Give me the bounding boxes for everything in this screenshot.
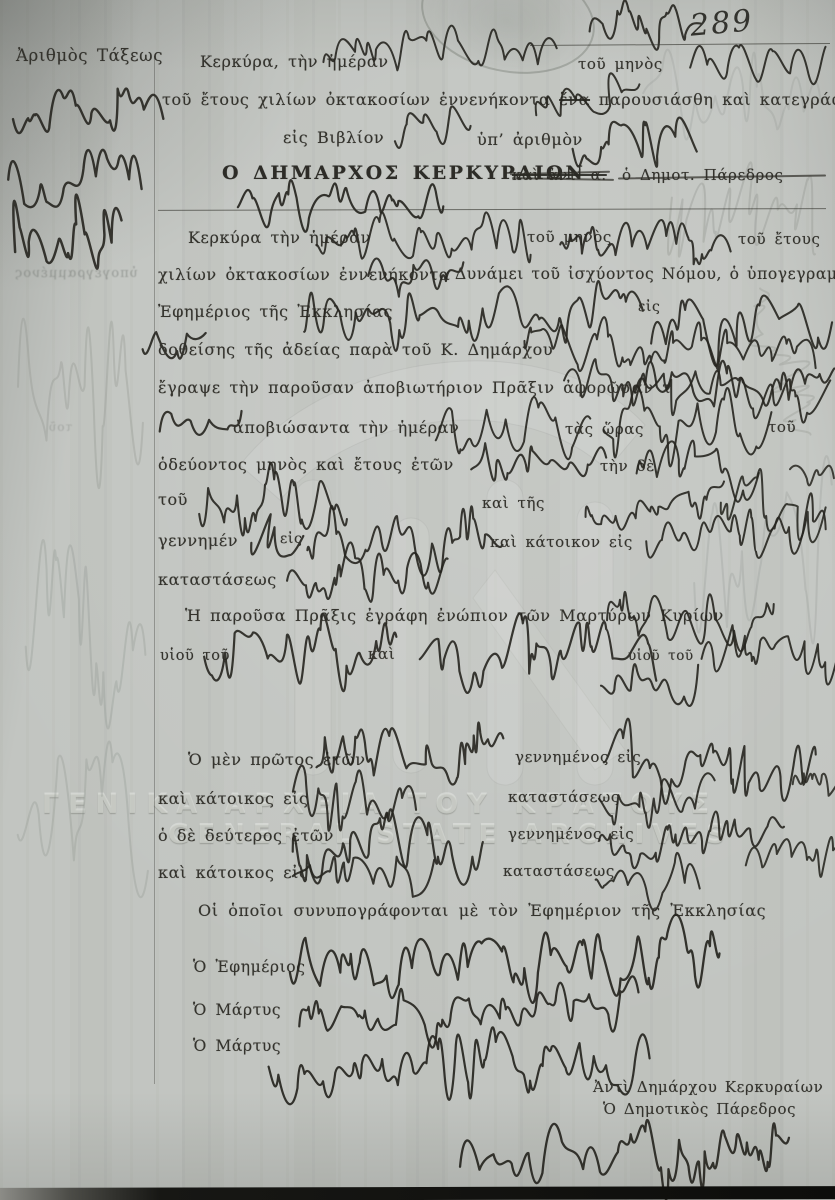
- archive-emblem-watermark: [225, 330, 655, 800]
- act-line9-resident: καὶ κάτοικον εἰς: [490, 533, 633, 551]
- handwritten-word: [152, 400, 234, 446]
- bleed-through-text: τοῦ: [48, 420, 72, 434]
- handwritten-father-name: [697, 614, 834, 691]
- act-line3-church-label: Ἐφημέριος τῆς Ἐκκλησίας: [158, 302, 393, 321]
- act-line10-status: καταστάσεως: [158, 570, 277, 589]
- bleed-through-scribble: [20, 520, 150, 710]
- reg-line1-prefix: Κερκύρα, τὴν ἡμέραν: [200, 52, 389, 71]
- reg-number-label: ὑπ’ ἀριθμὸν: [477, 130, 583, 149]
- witness2-born: γεννημένος εἰς: [508, 825, 634, 843]
- act-line1-year-label: τοῦ ἔτους: [738, 230, 821, 248]
- witness2-signature-label: Ὁ Μάρτυς: [193, 1037, 281, 1055]
- handwritten-residence: [638, 501, 830, 583]
- closing-title-line1: Ἀντὶ Δημάρχου Κερκυραίων: [593, 1078, 823, 1096]
- witness1-resident: καὶ κάτοικος εἰς: [158, 789, 309, 808]
- witness2-status: καταστάσεως: [503, 862, 615, 880]
- handwritten-word: [788, 766, 835, 808]
- act-line2-year: χιλίων ὀκτακοσίων ἐννενήκοντα: [158, 265, 450, 284]
- act-line6-died-day: ἀποβιώσαντα τὴν ἡμέραν: [233, 418, 459, 437]
- reg-year-text: τοῦ ἔτους χιλίων ὀκτακοσίων ἐννενήκοντα: [162, 90, 550, 109]
- act-line3-eis: εἰς: [638, 299, 660, 315]
- act-line8-kai-tis: καὶ τῆς: [482, 494, 545, 512]
- priest-signature-label: Ὁ Ἐφημέριος: [193, 958, 306, 976]
- reg-struck-one: ἕνα: [559, 90, 590, 109]
- deputy-signature: [454, 1116, 784, 1191]
- bleed-through-text: ὑπογεγραμμένος: [14, 266, 138, 281]
- act-line9-eis: εἰς: [280, 531, 302, 547]
- witness1-born: γεννημένος εἰς: [515, 748, 641, 766]
- header-divider-rule: [158, 208, 826, 211]
- act-line9-born: γεννημέν: [158, 531, 238, 550]
- reg-book-label: εἰς Βιβλίον: [283, 128, 384, 147]
- witness1-signature-label: Ὁ Μάρτυς: [193, 1001, 281, 1019]
- witness-intro: Ἡ παροῦσα Πρᾶξις ἐγράφη ἐνώπιον τῶν Μαρτ…: [185, 606, 724, 625]
- act-line5-wrote: ἔγραψε τὴν παροῦσαν ἀποβιωτήριον Πρᾶξιν …: [158, 378, 672, 397]
- act-line7-age: ὁδεύοντος μηνὸς καὶ ἔτους ἐτῶν: [158, 455, 454, 474]
- witness2-son-of: υἱοῦ τοῦ: [628, 648, 694, 664]
- witness2-resident: καὶ κάτοικος εἰς: [158, 863, 309, 882]
- cosign-statement: Οἱ ὁποῖοι συνυπογράφονται μὲ τὸν Ἐφημέρι…: [198, 901, 766, 920]
- handwritten-book: [387, 102, 478, 161]
- act-line8-tou: τοῦ: [158, 490, 188, 509]
- act-line2-law: Δυνάμει τοῦ ἰσχύοντος Νόμου, ὁ ὑπογεγραμ…: [455, 265, 835, 283]
- act-line6-hours-label: τὰς ὥρας: [565, 420, 644, 438]
- handwritten-residence: [290, 845, 423, 905]
- order-number-header: Ἀριθμὸς Τάξεως: [16, 46, 163, 65]
- bleed-through-scribble: [657, 139, 832, 280]
- witness1-son-of: υἱοῦ τοῦ: [160, 648, 230, 664]
- witness-and: καὶ: [368, 645, 395, 663]
- handwritten-word: [788, 446, 835, 488]
- reg-line1-month-label: τοῦ μηνὸς: [578, 55, 663, 73]
- act-line7-tin-de: τὴν δὲ: [600, 457, 655, 475]
- scan-edge-strip: [0, 1186, 835, 1200]
- witness1-signature: [294, 982, 631, 1050]
- bleed-through-scribble: [690, 460, 830, 660]
- mayor-signature: [231, 176, 442, 229]
- act-line1-month-label: τοῦ μηνὸς: [527, 228, 612, 246]
- reg-recorded-text: παρουσιάσθη καὶ κατεγράφη: [599, 90, 835, 109]
- closing-title-line2: Ὁ Δημοτικὸς Πάρεδρος: [603, 1100, 796, 1118]
- scanned-death-record-page: ΓΕΝΙΚΑ ΑΡΧΕΙΑ ΤΟΥ ΚΡΑΤΟΥΣ GENERAL STATE …: [0, 0, 835, 1200]
- witness1-age: Ὁ μὲν πρῶτος ἐτῶν: [188, 750, 366, 769]
- reg-line2: τοῦ ἔτους χιλίων ὀκτακοσίων ἐννενήκοντα …: [162, 90, 835, 109]
- mayor-title-struck: καὶ ἀντ’ α.: [512, 166, 607, 184]
- margin-handwritten-entry: [3, 146, 146, 215]
- bleed-through-scribble: [15, 320, 145, 470]
- page-number: 289: [689, 3, 755, 43]
- witness1-status: καταστάσεως: [508, 788, 620, 806]
- margin-handwritten-entry: [6, 77, 155, 145]
- act-line1-place: Κερκύρα τὴν ἡμέραν: [188, 228, 371, 247]
- act-line6-tou: τοῦ: [768, 418, 796, 436]
- handwritten-word: [713, 460, 831, 535]
- handwritten-word: [741, 835, 835, 888]
- witness2-age: ὁ δὲ δεύτερος ἐτῶν: [158, 826, 334, 845]
- margin-divider-rule: [154, 56, 155, 1084]
- priest-signature: [284, 914, 721, 1001]
- act-line4-permission: δοθείσης τῆς ἀδείας παρὰ τοῦ Κ. Δημάρχου: [158, 340, 553, 359]
- handwritten-place: [643, 288, 828, 365]
